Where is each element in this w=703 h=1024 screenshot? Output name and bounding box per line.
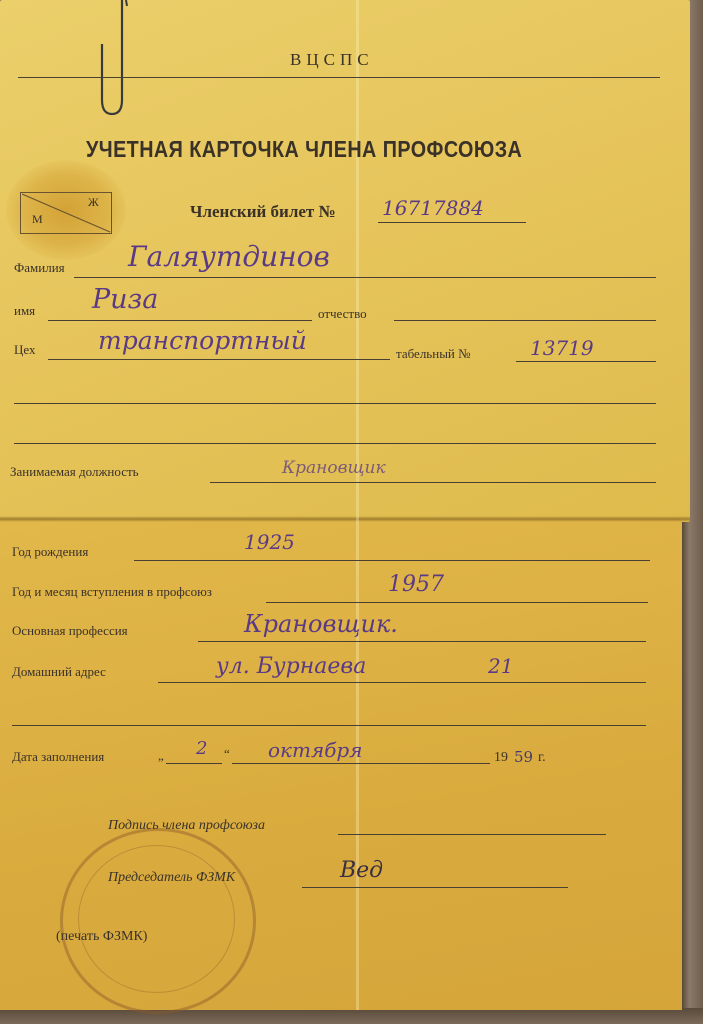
fill-date-label: Дата заполнения	[12, 749, 104, 765]
address-line-2	[12, 725, 646, 726]
profession-line	[198, 641, 646, 642]
tab-number-line	[516, 361, 656, 362]
tab-number-label: табельный №	[396, 346, 471, 362]
join-date-value[interactable]: 1957	[388, 572, 444, 597]
position-value[interactable]: Крановщик	[282, 458, 386, 478]
first-name-label: имя	[14, 303, 35, 319]
fill-date-close-quote: “	[224, 746, 230, 762]
patronymic-line	[394, 320, 656, 321]
address-line	[158, 682, 646, 683]
first-name-line	[48, 320, 312, 321]
paperclip-icon	[96, 0, 132, 118]
horizontal-fold	[0, 516, 690, 522]
blank-line	[14, 403, 656, 404]
birth-year-line	[134, 560, 650, 561]
workshop-label: Цех	[14, 342, 36, 358]
address-label: Домашний адрес	[12, 664, 106, 680]
surname-label: Фамилия	[14, 260, 65, 276]
fill-date-month-line	[232, 763, 490, 764]
first-name-value[interactable]: Риза	[92, 284, 158, 315]
header-rule	[18, 77, 660, 78]
chairman-signature-line	[302, 887, 568, 888]
workshop-value[interactable]: транспортный	[98, 326, 307, 355]
birth-year-label: Год рождения	[12, 544, 88, 560]
member-signature-line	[338, 834, 606, 835]
membership-label: Членский билет №	[190, 202, 336, 222]
fill-date-year-prefix: 19	[494, 750, 508, 766]
fill-date-day-line	[166, 763, 222, 764]
address-street[interactable]: ул. Бурнаева	[216, 654, 366, 679]
membership-number[interactable]: 16717884	[382, 196, 484, 220]
surname-value[interactable]: Галяутдинов	[128, 240, 330, 273]
join-date-label: Год и месяц вступления в профсоюз	[12, 584, 212, 600]
tab-number-value[interactable]: 13719	[530, 336, 594, 360]
member-signature-label: Подпись члена профсоюза	[108, 818, 265, 834]
chairman-signature[interactable]: Вед	[340, 858, 383, 883]
gender-female[interactable]: Ж	[88, 195, 99, 210]
fill-date-day[interactable]: 2	[196, 738, 207, 759]
fill-date-year-suffix[interactable]: 59	[514, 748, 533, 766]
position-line	[210, 482, 656, 483]
background-surface-bottom	[0, 1008, 703, 1024]
birth-year-value[interactable]: 1925	[244, 530, 295, 554]
page-title: УЧЕТНАЯ КАРТОЧКА ЧЛЕНА ПРОФСОЮЗА	[86, 136, 522, 163]
org-name: ВЦСПС	[290, 50, 374, 70]
position-label: Занимаемая должность	[10, 464, 139, 480]
profession-label: Основная профессия	[12, 623, 128, 639]
chairman-label: Председатель ФЗМК	[108, 870, 235, 886]
fill-date-year-unit: г.	[538, 750, 546, 766]
surname-line	[74, 277, 656, 278]
join-date-line	[266, 602, 648, 603]
union-seal-inner-ring	[78, 845, 235, 993]
blank-line	[14, 443, 656, 444]
patronymic-label: отчество	[318, 306, 367, 322]
address-number[interactable]: 21	[488, 654, 513, 678]
profession-value[interactable]: Крановщик.	[244, 610, 398, 638]
membership-line	[378, 222, 526, 223]
gender-male[interactable]: М	[32, 212, 43, 227]
workshop-line	[48, 359, 390, 360]
fill-date-month[interactable]: октября	[268, 738, 362, 762]
fill-date-open-quote: „	[158, 748, 164, 764]
seal-label: (печать ФЗМК)	[56, 929, 147, 945]
